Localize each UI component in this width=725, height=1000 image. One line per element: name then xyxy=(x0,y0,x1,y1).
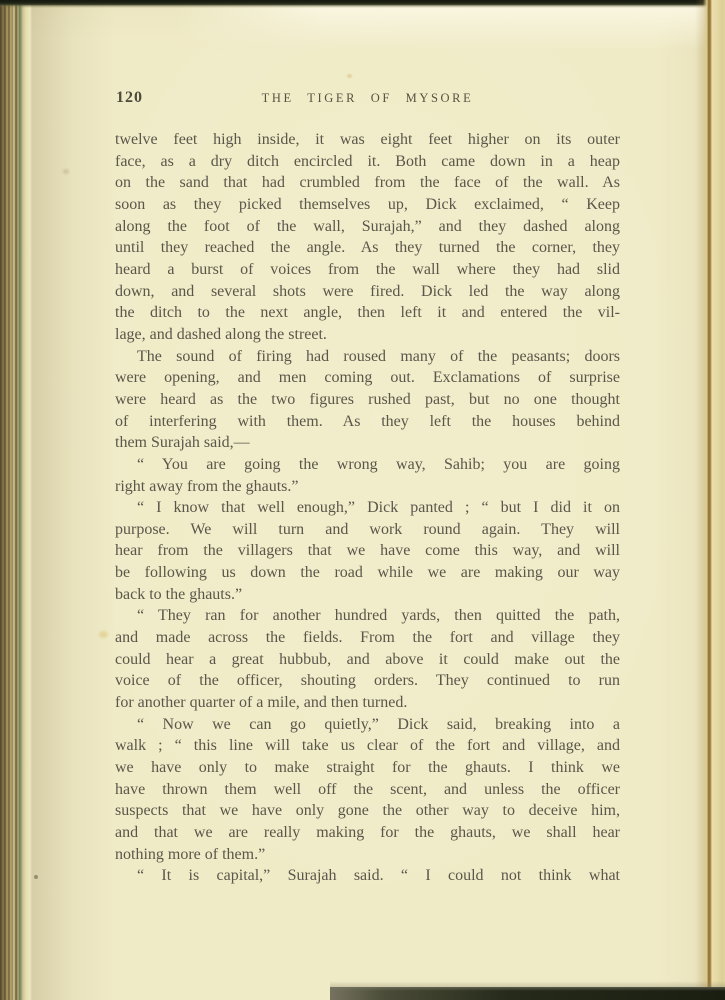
text-line: “ I know that well enough,” Dick panted … xyxy=(115,497,620,519)
text-line: we have only to make straight for the gh… xyxy=(115,757,620,779)
text-line: could hear a great hubbub, and above it … xyxy=(115,649,620,671)
paragraph: twelve feet high inside, it was eight fe… xyxy=(115,129,620,346)
text-line: voice of the officer, shouting orders. T… xyxy=(115,670,620,692)
printed-content: 120 THE TIGER OF MYSORE twelve feet high… xyxy=(115,0,620,1000)
paper-stain xyxy=(99,631,108,638)
paragraph: “ Now we can go quietly,” Dick said, bre… xyxy=(115,714,620,866)
text-line: hear from the villagers that we have com… xyxy=(115,540,620,562)
text-line: The sound of firing had roused many of t… xyxy=(115,346,620,368)
text-line: along the foot of the wall, Surajah,” an… xyxy=(115,216,620,238)
book-cover-bottom-edge xyxy=(330,987,725,1000)
paper-stain xyxy=(347,74,352,78)
text-line: on the sand that had crumbled from the f… xyxy=(115,172,620,194)
text-line: purpose. We will turn and work round aga… xyxy=(115,519,620,541)
text-line: nothing more of them.” xyxy=(115,844,620,866)
text-line: and made across the fields. From the for… xyxy=(115,627,620,649)
page-stack-right-edge xyxy=(695,0,725,1000)
text-line: them Surajah said,— xyxy=(115,432,620,454)
paper-speck xyxy=(34,875,38,879)
text-line: heard a burst of voices from the wall wh… xyxy=(115,259,620,281)
book-page: 120 THE TIGER OF MYSORE twelve feet high… xyxy=(0,0,725,1000)
text-line: soon as they picked themselves up, Dick … xyxy=(115,194,620,216)
text-line: right away from the ghauts.” xyxy=(115,476,620,498)
paragraph: The sound of firing had roused many of t… xyxy=(115,346,620,454)
text-line: “ You are going the wrong way, Sahib; yo… xyxy=(115,454,620,476)
page-text: twelve feet high inside, it was eight fe… xyxy=(115,129,620,887)
text-line: twelve feet high inside, it was eight fe… xyxy=(115,129,620,151)
book-binding xyxy=(0,0,32,1000)
text-line: lage, and dashed along the street. xyxy=(115,324,620,346)
running-header-title: THE TIGER OF MYSORE xyxy=(115,89,620,106)
text-line: “ It is capital,” Surajah said. “ I coul… xyxy=(115,865,620,887)
text-line: were heard as the two figures rushed pas… xyxy=(115,389,620,411)
text-line: the ditch to the next angle, then left i… xyxy=(115,302,620,324)
text-line: suspects that we have only gone the othe… xyxy=(115,800,620,822)
text-line: and that we are really making for the gh… xyxy=(115,822,620,844)
paper-stain xyxy=(63,169,69,174)
text-line: walk ; “ this line will take us clear of… xyxy=(115,735,620,757)
text-line: “ Now we can go quietly,” Dick said, bre… xyxy=(115,714,620,736)
paragraph: “ You are going the wrong way, Sahib; yo… xyxy=(115,454,620,497)
text-line: down, and several shots were fired. Dick… xyxy=(115,281,620,303)
book-scan: 120 THE TIGER OF MYSORE twelve feet high… xyxy=(0,0,725,1000)
text-line: back to the ghauts.” xyxy=(115,584,620,606)
text-line: were opening, and men coming out. Exclam… xyxy=(115,367,620,389)
text-line: face, as a dry ditch encircled it. Both … xyxy=(115,151,620,173)
text-line: until they reached the angle. As they tu… xyxy=(115,237,620,259)
text-line: have thrown them well off the scent, and… xyxy=(115,779,620,801)
paragraph: “ It is capital,” Surajah said. “ I coul… xyxy=(115,865,620,887)
text-line: be following us down the road while we a… xyxy=(115,562,620,584)
running-header: 120 THE TIGER OF MYSORE xyxy=(115,89,620,107)
page-number: 120 xyxy=(116,89,143,107)
paragraph: “ They ran for another hundred yards, th… xyxy=(115,605,620,713)
book-cover-top-edge xyxy=(0,0,725,8)
text-line: “ They ran for another hundred yards, th… xyxy=(115,605,620,627)
text-line: of interfering with them. As they left t… xyxy=(115,411,620,433)
paragraph: “ I know that well enough,” Dick panted … xyxy=(115,497,620,605)
text-line: for another quarter of a mile, and then … xyxy=(115,692,620,714)
